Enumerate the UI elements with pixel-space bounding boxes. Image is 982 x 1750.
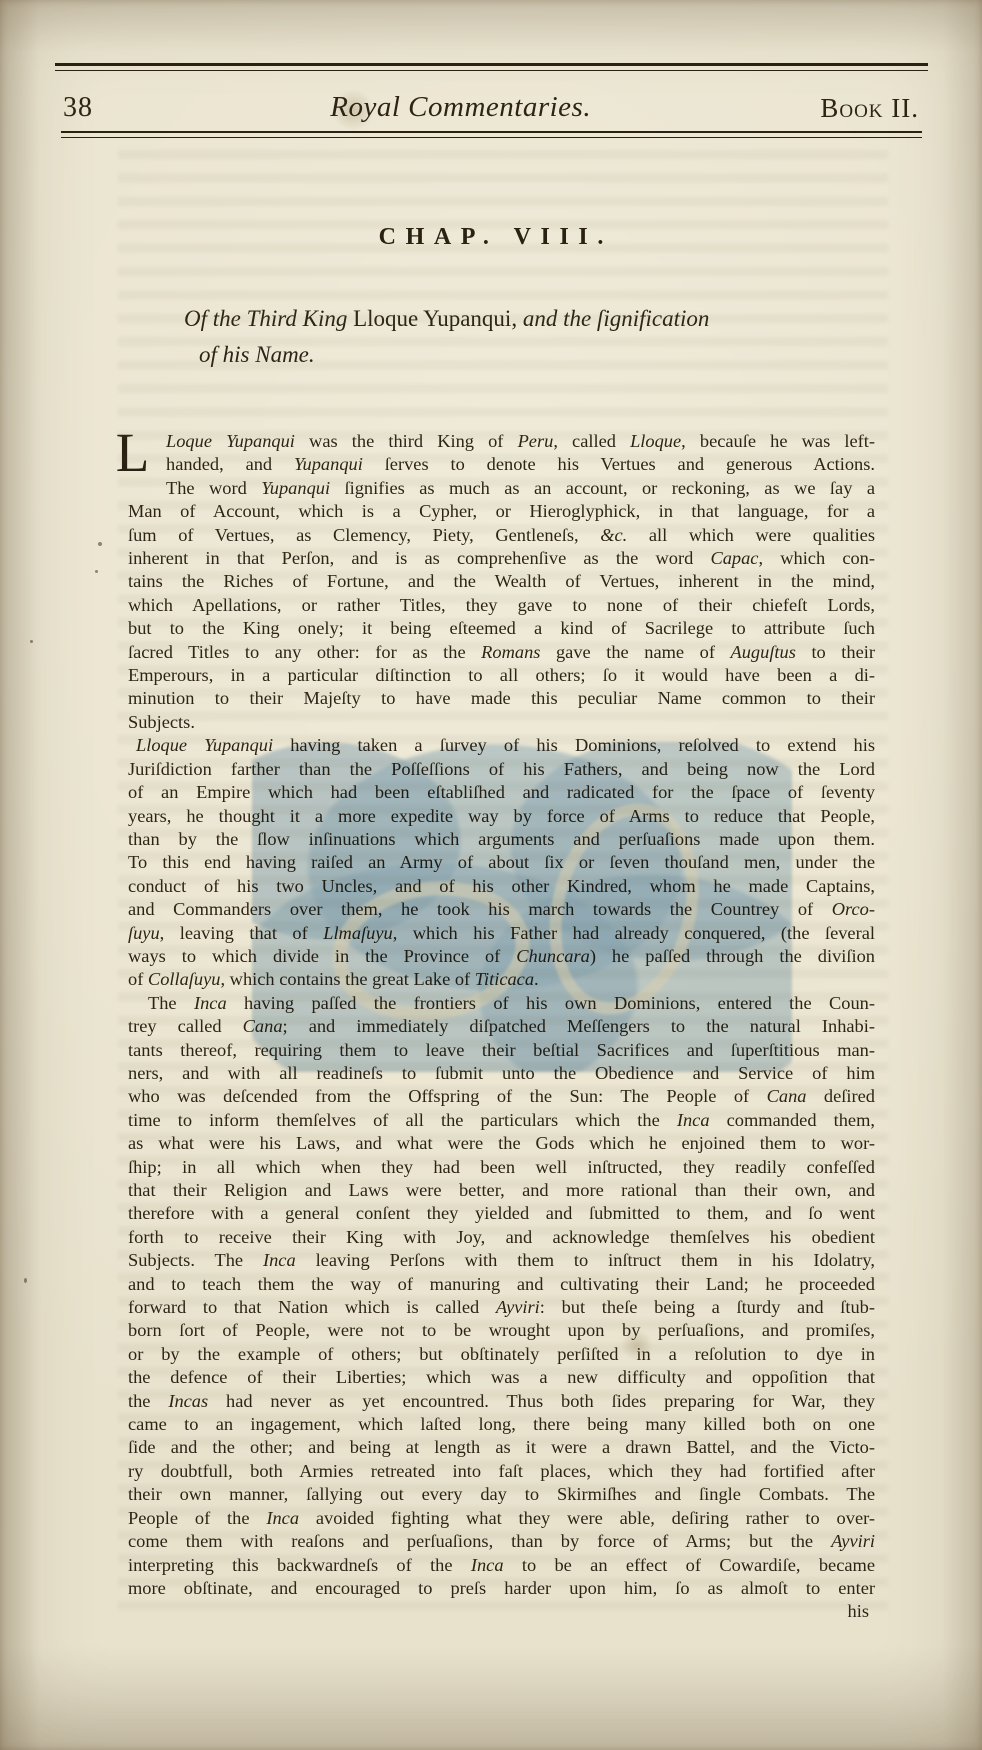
roman-text: gave the name of <box>540 642 730 662</box>
text-line: Subjects. The Inca leaving Perſons with … <box>128 1249 875 1272</box>
roman-text: forth to receive their King with Joy, an… <box>128 1227 875 1247</box>
roman-text: tains the Riches of Fortune, and the Wea… <box>128 571 875 591</box>
roman-text: tants thereof, requiring them to leave t… <box>128 1040 875 1060</box>
roman-text: . <box>534 969 539 989</box>
text-line: ways to which divide in the Province of … <box>128 945 875 968</box>
roman-text: Lloque Yupanqui, <box>353 306 517 331</box>
roman-text: and Commanders over them, he took his ma… <box>128 899 832 919</box>
italic-text: ſuyu <box>128 923 160 943</box>
roman-text: of an Empire which had been eſtabliſhed … <box>128 782 875 802</box>
roman-text: to their <box>796 642 875 662</box>
text-line: Subjects. <box>128 711 875 734</box>
text-line: Lloque Yupanqui having taken a ſurvey of… <box>128 734 875 757</box>
roman-text: : but theſe being a ſturdy and ſtub- <box>540 1297 875 1317</box>
roman-text: ; and immediately diſpatched Meſſengers … <box>283 1016 875 1036</box>
text-line: tants thereof, requiring them to leave t… <box>128 1039 875 1062</box>
roman-text: , called <box>553 431 630 451</box>
italic-text: Cana <box>767 1086 807 1106</box>
roman-text: ſignifies as much as an account, or reck… <box>330 478 875 498</box>
running-header: 38 Royal Commentaries. Book II. <box>63 80 919 124</box>
text-line: inherent in that Perſon, and is as compr… <box>128 547 875 570</box>
italic-text: Inca <box>263 1250 296 1270</box>
roman-text: than by the ſlow inſinuations which argu… <box>128 829 875 849</box>
text-line: the Incas had never as yet encountred. T… <box>128 1390 875 1413</box>
running-title: Royal Commentaries. <box>97 91 824 124</box>
italic-text: Peru <box>518 431 554 451</box>
text-line: who was deſcended from the Offspring of … <box>128 1085 875 1108</box>
text-line: trey called Cana; and immediately diſpat… <box>128 1015 875 1038</box>
roman-text: born ſort of People, were not to be wrou… <box>128 1320 875 1340</box>
text-line: Loque Yupanqui was the third King of Per… <box>128 430 875 453</box>
roman-text: handed, and <box>166 454 294 474</box>
roman-text: , becauſe he was left- <box>681 431 875 451</box>
roman-text: to be an effect of Cowardiſe, became <box>504 1555 875 1575</box>
page-number: 38 <box>63 92 93 124</box>
header-top-rule <box>55 63 928 71</box>
text-line: came to an ingagement, which laſted long… <box>128 1413 875 1436</box>
roman-text: that their Religion and Laws were better… <box>128 1180 875 1200</box>
roman-text: , which his Father had already conquered… <box>393 923 875 943</box>
text-line: than by the ſlow inſinuations which argu… <box>128 828 875 851</box>
chapter-heading: CHAP. VIII. <box>0 224 982 251</box>
roman-text: ) he paſſed through the diviſion <box>590 946 875 966</box>
roman-text: ners, and with all readineſs to ſubmit u… <box>128 1063 875 1083</box>
roman-text: Subjects. <box>128 712 195 732</box>
drop-cap: L <box>105 431 160 477</box>
italic-text: Ayviri <box>831 1531 875 1551</box>
text-line: The word Yupanqui ſignifies as much as a… <box>128 477 875 500</box>
italic-text: Romans <box>481 642 540 662</box>
body-paragraphs: LLoque Yupanqui was the third King of Pe… <box>128 430 875 1600</box>
text-line: and to teach them the way of manuring an… <box>128 1273 875 1296</box>
roman-text: ways to which divide in the Province of <box>128 946 516 966</box>
roman-text: having taken a ſurvey of his Dominions, … <box>273 735 875 755</box>
roman-text: ſum of Vertues, as Clemency, Piety, Gent… <box>128 525 600 545</box>
text-line: more obſtinate, and encouraged to preſs … <box>128 1577 875 1600</box>
italic-text: Loque Yupanqui <box>166 431 295 451</box>
italic-text: Incas <box>168 1391 208 1411</box>
book-page: 38 Royal Commentaries. Book II. CHAP. VI… <box>0 0 982 1750</box>
roman-text: leaving Perſons with them to inſtruct th… <box>296 1250 875 1270</box>
roman-text: ſide and the other; and being at length … <box>128 1437 875 1457</box>
italic-text: and the ſignification <box>517 306 709 331</box>
roman-text: come them with reaſons and perſuaſions, … <box>128 1531 831 1551</box>
text-line: ſide and the other; and being at length … <box>128 1436 875 1459</box>
roman-text: was the third King of <box>295 431 518 451</box>
italic-text: Yupanqui <box>294 454 363 474</box>
roman-text: The word <box>166 478 261 498</box>
text-line: therefore with a general conſent they yi… <box>128 1202 875 1225</box>
text-line: which Apellations, or rather Titles, the… <box>128 594 875 617</box>
text-line: come them with reaſons and perſuaſions, … <box>128 1530 875 1553</box>
italic-text: Lloque Yupanqui <box>136 735 273 755</box>
text-line: tains the Riches of Fortune, and the Wea… <box>128 570 875 593</box>
roman-text: the defence of their Liberties; which wa… <box>128 1367 875 1387</box>
roman-text: Man of Account, which is a Cypher, or Hi… <box>128 501 875 521</box>
roman-text: had never as yet encountred. Thus both ſ… <box>208 1391 875 1411</box>
roman-text: Emperours, in a particular diſtinction t… <box>128 665 875 685</box>
paper-speck <box>98 542 102 546</box>
catchword: his <box>128 1600 875 1623</box>
text-line: conduct of his two Uncles, and of his ot… <box>128 875 875 898</box>
text-line: ſum of Vertues, as Clemency, Piety, Gent… <box>128 524 875 547</box>
paper-speck <box>30 640 33 643</box>
text-line: forward to that Nation which is called A… <box>128 1296 875 1319</box>
italic-text: Llmaſuyu <box>323 923 392 943</box>
roman-text: The <box>148 993 194 1013</box>
italic-text: Lloque <box>630 431 681 451</box>
roman-text: inherent in that Perſon, and is as compr… <box>128 548 710 568</box>
header-bottom-rule <box>61 131 922 138</box>
roman-text: the <box>128 1391 168 1411</box>
roman-text: ſhip; in all which when they had been we… <box>128 1157 875 1177</box>
italic-text: Inca <box>677 1110 710 1130</box>
paragraph: Lloque Yupanqui having taken a ſurvey of… <box>128 734 875 991</box>
roman-text: which Apellations, or rather Titles, the… <box>128 595 875 615</box>
roman-text: deſired <box>806 1086 875 1106</box>
roman-text: To this end having raiſed an Army of abo… <box>128 852 875 872</box>
text-line: interpreting this backwardneſs of the In… <box>128 1554 875 1577</box>
text-line: forth to receive their King with Joy, an… <box>128 1226 875 1249</box>
text-line: of Collaſuyu, which contains the great L… <box>128 968 875 991</box>
roman-text: years, he thought it a more expedite way… <box>128 806 875 826</box>
paragraph: LLoque Yupanqui was the third King of Pe… <box>128 430 875 734</box>
italic-text: Yupanqui <box>261 478 330 498</box>
roman-text: as what were his Laws, and what were the… <box>128 1133 875 1153</box>
paper-speck <box>24 1278 27 1283</box>
text-line: Emperours, in a particular diſtinction t… <box>128 664 875 687</box>
text-line: ſacred Titles to any other: for as the R… <box>128 641 875 664</box>
roman-text: of <box>128 969 148 989</box>
roman-text: , leaving that of <box>160 923 324 943</box>
chapter-title-line: Of the Third King Lloque Yupanqui, and t… <box>184 301 852 337</box>
italic-text: Titicaca <box>475 969 534 989</box>
text-line: that their Religion and Laws were better… <box>128 1179 875 1202</box>
roman-text: ry doubtfull, both Armies retreated into… <box>128 1461 875 1481</box>
text-line: of an Empire which had been eſtabliſhed … <box>128 781 875 804</box>
roman-text: People of the <box>128 1508 266 1528</box>
italic-text: &c. <box>600 525 627 545</box>
text-line: time to inform themſelves of all the par… <box>128 1109 875 1132</box>
text-line: To this end having raiſed an Army of abo… <box>128 851 875 874</box>
italic-text: Cana <box>243 1016 283 1036</box>
italic-text: Capac <box>710 548 758 568</box>
roman-text: time to inform themſelves of all the par… <box>128 1110 677 1130</box>
text-line: ry doubtfull, both Armies retreated into… <box>128 1460 875 1483</box>
italic-text: Collaſuyu <box>148 969 221 989</box>
text-line: and Commanders over them, he took his ma… <box>128 898 875 921</box>
roman-text: commanded them, <box>710 1110 875 1130</box>
roman-text: Juriſdiction farther than the Poſſeſſion… <box>128 759 875 779</box>
text-line: People of the Inca avoided fighting what… <box>128 1507 875 1530</box>
text-line: The Inca having paſſed the frontiers of … <box>128 992 875 1015</box>
roman-text: trey called <box>128 1016 243 1036</box>
italic-text: Chuncara <box>516 946 590 966</box>
roman-text: but to the King onely; it being eſteemed… <box>128 618 875 638</box>
text-line: or by the example of others; but obſtina… <box>128 1343 875 1366</box>
text-line: handed, and Yupanqui ſerves to denote hi… <box>128 453 875 476</box>
roman-text: forward to that Nation which is called <box>128 1297 496 1317</box>
text-line: the defence of their Liberties; which wa… <box>128 1366 875 1389</box>
body-text-column: LLoque Yupanqui was the third King of Pe… <box>128 430 875 1624</box>
text-line: minution to their Majeſty to have made t… <box>128 687 875 710</box>
chapter-title: Of the Third King Lloque Yupanqui, and t… <box>184 301 852 373</box>
paragraph: The Inca having paſſed the frontiers of … <box>128 992 875 1601</box>
roman-text: and to teach them the way of manuring an… <box>128 1274 875 1294</box>
italic-text: Inca <box>266 1508 299 1528</box>
roman-text: more obſtinate, and encouraged to preſs … <box>128 1578 875 1598</box>
text-line: ſuyu, leaving that of Llmaſuyu, which hi… <box>128 922 875 945</box>
text-line: but to the King onely; it being eſteemed… <box>128 617 875 640</box>
paper-stain <box>620 1330 654 1360</box>
roman-text: conduct of his two Uncles, and of his ot… <box>128 876 875 896</box>
roman-text: their own manner, ſallying out every day… <box>128 1484 875 1504</box>
italic-text: Auguſtus <box>731 642 796 662</box>
text-line: ſhip; in all which when they had been we… <box>128 1156 875 1179</box>
roman-text: or by the example of others; but obſtina… <box>128 1344 875 1364</box>
text-line: their own manner, ſallying out every day… <box>128 1483 875 1506</box>
roman-text: came to an ingagement, which laſted long… <box>128 1414 875 1434</box>
italic-text: Inca <box>471 1555 504 1575</box>
roman-text: who was deſcended from the Offspring of … <box>128 1086 767 1106</box>
text-line: years, he thought it a more expedite way… <box>128 805 875 828</box>
roman-text: all which were qualities <box>627 525 875 545</box>
roman-text: , which con- <box>758 548 875 568</box>
italic-text: Ayviri <box>496 1297 540 1317</box>
italic-text: Orco- <box>832 899 875 919</box>
italic-text: of his Name. <box>199 342 315 367</box>
italic-text: Inca <box>194 993 227 1013</box>
roman-text: interpreting this backwardneſs of the <box>128 1555 471 1575</box>
text-line: ners, and with all readineſs to ſubmit u… <box>128 1062 875 1085</box>
text-line: Man of Account, which is a Cypher, or Hi… <box>128 500 875 523</box>
roman-text: having paſſed the frontiers of his own D… <box>227 993 875 1013</box>
roman-text: ſerves to denote his Vertues and generou… <box>363 454 875 474</box>
italic-text: Of the Third King <box>184 306 353 331</box>
roman-text: therefore with a general conſent they yi… <box>128 1203 875 1223</box>
roman-text: ſacred Titles to any other: for as the <box>128 642 481 662</box>
roman-text: avoided fighting what they were able, de… <box>299 1508 875 1528</box>
paper-speck <box>95 570 98 573</box>
roman-text: minution to their Majeſty to have made t… <box>128 688 875 708</box>
roman-text: Subjects. The <box>128 1250 263 1270</box>
chapter-title-line: of his Name. <box>184 337 852 373</box>
text-line: born ſort of People, were not to be wrou… <box>128 1319 875 1342</box>
text-line: Juriſdiction farther than the Poſſeſſion… <box>128 758 875 781</box>
roman-text: , which contains the great Lake of <box>220 969 474 989</box>
text-line: as what were his Laws, and what were the… <box>128 1132 875 1155</box>
book-label: Book II. <box>820 93 919 124</box>
